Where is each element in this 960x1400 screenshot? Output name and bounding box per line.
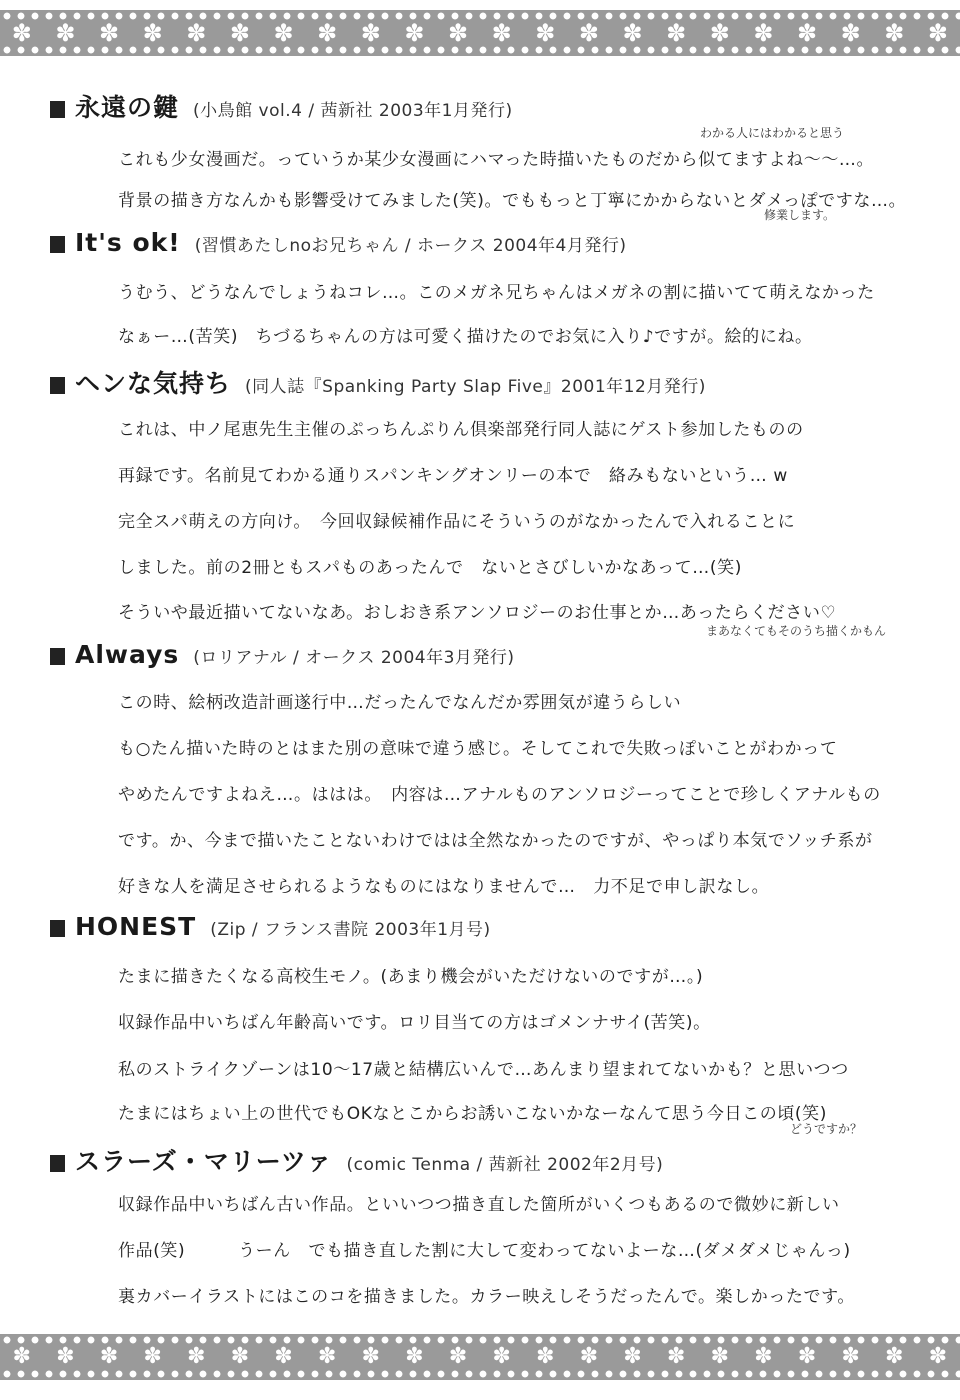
body-line: しました。前の2冊ともスパものあったんで ないとさびしいかなあって…(笑) [118, 553, 742, 578]
body-line: 好きな人を満足させられるようなものにはなりませんで… 力不足で申し訳なし。 [118, 872, 769, 897]
flower-icon: ✽ [274, 21, 294, 45]
bottom-lace-border: ✽✽✽✽✽✽✽✽✽✽✽✽✽✽✽✽✽✽✽✽✽✽ [0, 1334, 960, 1380]
flower-icon: ✽ [274, 1346, 292, 1368]
square-bullet-icon [50, 1155, 65, 1172]
section-meta: (同人誌『Spanking Party Slap Five』2001年12月発行… [245, 372, 706, 397]
flower-icon: ✽ [13, 1346, 31, 1368]
body-line: やめたんですよねえ…。ははは。 内容は…アナルものアンソロジーってことで珍しくア… [118, 780, 881, 805]
body-line: この時、絵柄改造計画遂行中…だったんでなんだか雰囲気が違うらしい [118, 688, 681, 713]
flower-icon: ✽ [885, 1346, 903, 1368]
margin-note: どうですか？ [790, 1120, 862, 1137]
section-title: ヘンな気持ち [75, 364, 231, 400]
section-heading: It's ok! (習慣あたしnoお兄ちゃん / ホークス 2004年4月発行) [50, 228, 627, 257]
flower-icon: ✽ [231, 1346, 249, 1368]
section-heading: Always (ロリアナル / オークス 2004年3月発行) [50, 640, 515, 669]
flower-icon: ✽ [100, 1346, 118, 1368]
flower-icon: ✽ [230, 21, 250, 45]
flower-icon: ✽ [623, 21, 643, 45]
body-line: たまにはちょい上の世代でもOKなとこからお誘いこないかなーなんて思う今日この頃(… [118, 1099, 827, 1124]
section-heading: ヘンな気持ち (同人誌『Spanking Party Slap Five』200… [50, 364, 706, 400]
body-line: 私のストライクゾーンは10〜17歳と結構広いんで…あんまり望まれてないかも？と思… [118, 1055, 849, 1080]
square-bullet-icon [50, 648, 65, 665]
flower-icon: ✽ [317, 21, 337, 45]
margin-note: まあなくてもそのうち描くかもん [706, 622, 886, 639]
section-meta: (小鳥館 vol.4 / 茜新社 2003年1月発行) [193, 96, 513, 121]
body-line: そういや最近描いてないなあ。おしおき系アンソロジーのお仕事とか…あったらください… [118, 598, 836, 623]
body-line: 再録です。名前見てわかる通りスパンキングオンリーの本で 絡みもないという… w [118, 461, 788, 486]
flower-icon: ✽ [711, 1346, 729, 1368]
body-line: 収録作品中いちばん古い作品。といいつつ描き直した箇所がいくつもあるので微妙に新し… [118, 1190, 840, 1215]
flower-icon: ✽ [318, 1346, 336, 1368]
section-heading: 永遠の鍵 (小鳥館 vol.4 / 茜新社 2003年1月発行) [50, 88, 513, 124]
flower-icon: ✽ [143, 21, 163, 45]
body-line: これも少女漫画だ。っていうか某少女漫画にハマった時描いたものだから似てますよね〜… [118, 145, 874, 170]
flower-icon: ✽ [405, 1346, 423, 1368]
flower-icon: ✽ [754, 1346, 772, 1368]
flower-icon: ✽ [710, 21, 730, 45]
section-title: スラーズ・マリーツァ [75, 1142, 333, 1178]
flower-icon: ✽ [797, 21, 817, 45]
flower-icon: ✽ [404, 21, 424, 45]
flower-icon: ✽ [667, 1346, 685, 1368]
flower-icon: ✽ [449, 1346, 467, 1368]
flower-icon: ✽ [186, 21, 206, 45]
square-bullet-icon [50, 101, 65, 118]
flower-icon: ✽ [187, 1346, 205, 1368]
flower-icon: ✽ [928, 21, 948, 45]
flower-icon: ✽ [535, 21, 555, 45]
flower-icon: ✽ [361, 21, 381, 45]
flower-icon: ✽ [841, 21, 861, 45]
square-bullet-icon [50, 377, 65, 394]
flower-icon: ✽ [448, 21, 468, 45]
flower-icon: ✽ [623, 1346, 641, 1368]
flower-icon: ✽ [884, 21, 904, 45]
flower-icon: ✽ [536, 1346, 554, 1368]
body-line: も○たん描いた時のとはまた別の意味で違う感じ。そしてこれで失敗っぽいことがわかっ… [118, 734, 837, 759]
section-meta: (comic Tenma / 茜新社 2002年2月号) [347, 1150, 664, 1175]
body-line: 作品(笑) うーん でも描き直した割に大して変わってないよーな…(ダメダメじゃん… [118, 1236, 851, 1261]
square-bullet-icon [50, 236, 65, 253]
flower-icon: ✽ [492, 21, 512, 45]
flower-icon: ✽ [56, 1346, 74, 1368]
body-line: これは、中ノ尾恵先生主催のぷっちんぷりん倶楽部発行同人誌にゲスト参加したものの [118, 415, 804, 440]
top-lace-border: ✽✽✽✽✽✽✽✽✽✽✽✽✽✽✽✽✽✽✽✽✽✽ [0, 10, 960, 56]
flower-icon: ✽ [492, 1346, 510, 1368]
section-title: Always [75, 640, 179, 669]
section-heading: スラーズ・マリーツァ (comic Tenma / 茜新社 2002年2月号) [50, 1142, 663, 1178]
flower-icon: ✽ [362, 1346, 380, 1368]
body-line: たまに描きたくなる高校生モノ。(あまり機会がいただけないのですが…。) [118, 962, 703, 987]
body-line: です。か、今まで描いたことないわけではは全然なかったのですが、やっぱり本気でソッ… [118, 826, 873, 851]
section-title: HONEST [75, 912, 196, 941]
flower-icon: ✽ [841, 1346, 859, 1368]
body-line: なぁー…(苦笑) ちづるちゃんの方は可愛く描けたのでお気に入り♪ですが。絵的にね… [118, 322, 813, 347]
body-line: 収録作品中いちばん年齢高いです。ロリ目当ての方はゴメンナサイ(苦笑)。 [118, 1008, 711, 1033]
flower-icon: ✽ [798, 1346, 816, 1368]
flower-icon: ✽ [99, 21, 119, 45]
flower-icon: ✽ [55, 21, 75, 45]
section-meta: (習慣あたしnoお兄ちゃん / ホークス 2004年4月発行) [195, 231, 627, 256]
section-meta: (ロリアナル / オークス 2004年3月発行) [193, 643, 514, 668]
flower-icon: ✽ [143, 1346, 161, 1368]
body-line: 完全スパ萌えの方向け。 今回収録候補作品にそういうのがなかったんで入れることに [118, 507, 795, 532]
flower-icon: ✽ [12, 21, 32, 45]
section-title: 永遠の鍵 [75, 88, 179, 124]
section-heading: HONEST (Zip / フランス書院 2003年1月号) [50, 912, 491, 941]
flower-icon: ✽ [579, 21, 599, 45]
flower-icon: ✽ [753, 21, 773, 45]
flower-icon: ✽ [929, 1346, 947, 1368]
square-bullet-icon [50, 920, 65, 937]
margin-note: 修業します。 [764, 206, 835, 223]
margin-note: わかる人にはわかると思う [700, 124, 844, 141]
flower-icon: ✽ [666, 21, 686, 45]
section-title: It's ok! [75, 228, 181, 257]
section-meta: (Zip / フランス書院 2003年1月号) [210, 915, 490, 940]
body-line: 裏カバーイラストにはこのコを描きました。カラー映えしそうだったんで。楽しかったで… [118, 1282, 855, 1307]
flower-icon: ✽ [580, 1346, 598, 1368]
body-line: うむう、どうなんでしょうねコレ…。このメガネ兄ちゃんはメガネの割に描いてて萌えな… [118, 278, 875, 303]
